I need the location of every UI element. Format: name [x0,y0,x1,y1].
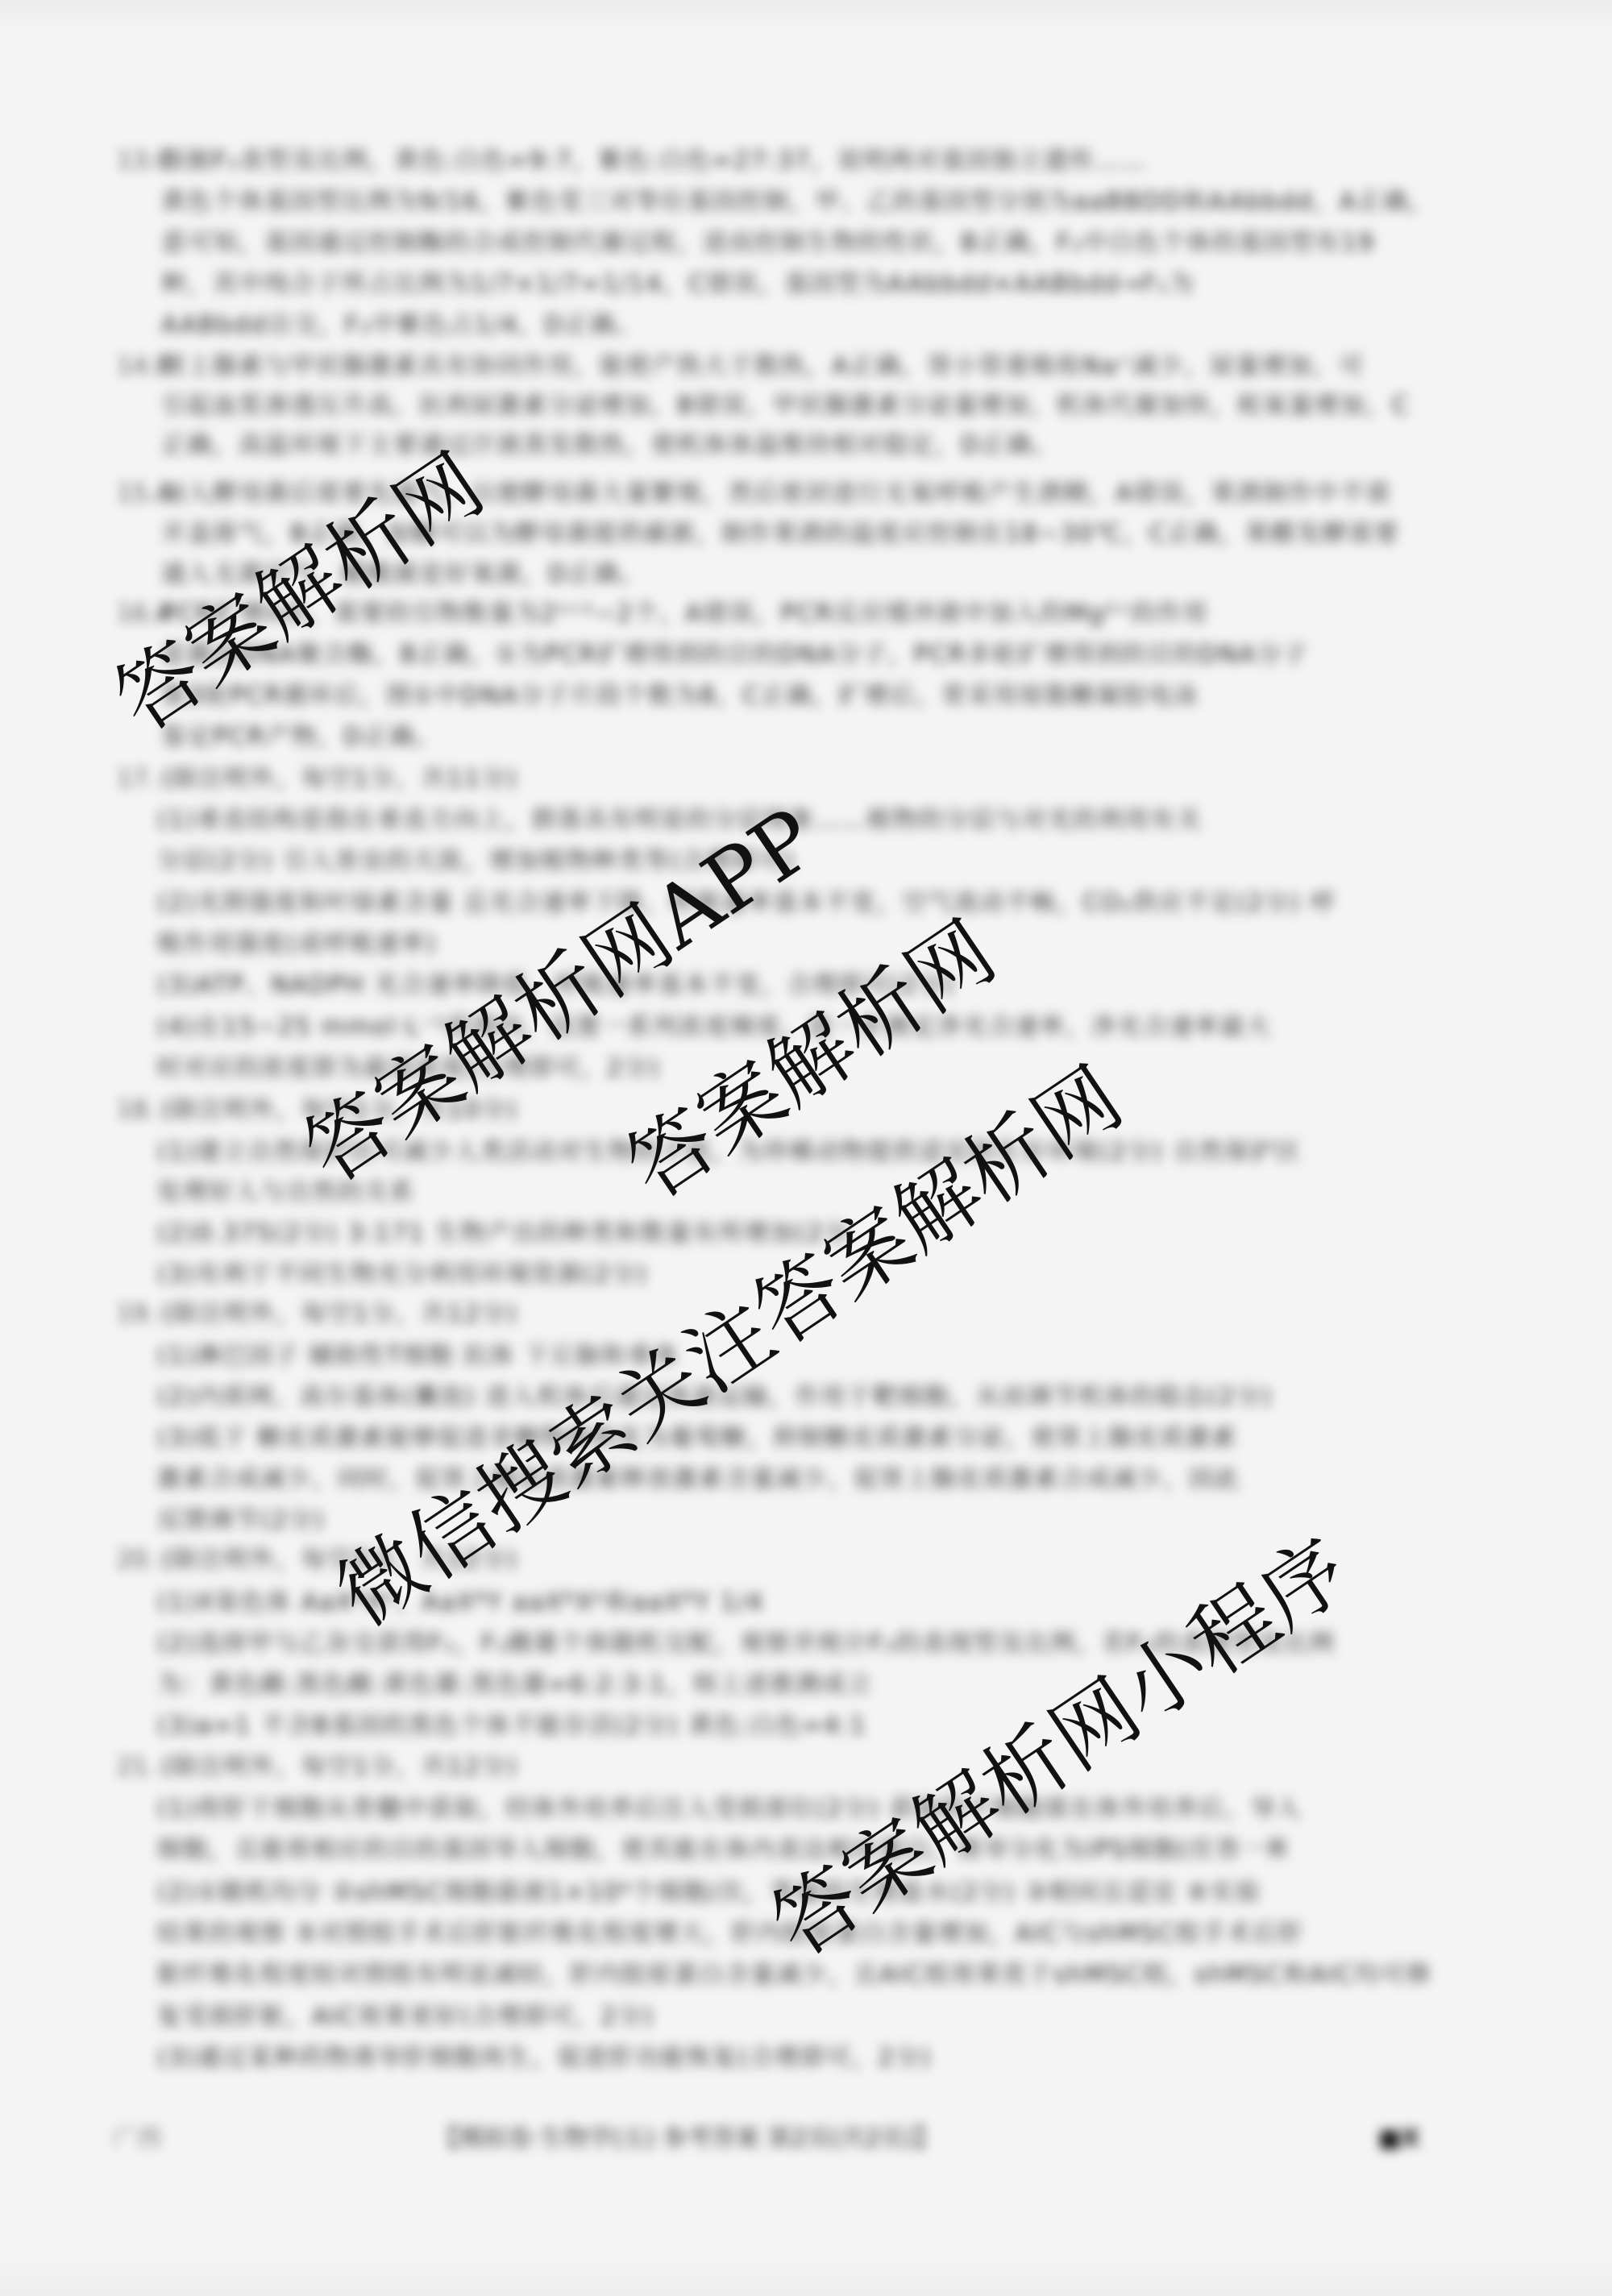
answer-line: 意可知，基因通过控制酶的合成控制代谢过程，进而控制生物的性状，B正确，F₂中白色… [161,227,1435,259]
answer-line: 鉴定PCR产物，D正确。 [161,721,500,754]
answer-line: 正确，高温环境下主要通过汗液蒸发散热，使机体体温维持相对稳定，D正确。 [161,430,1128,462]
answer-line: 引起血浆渗透压升高，抗利尿激素分泌增加，B错误，甲状腺激素分泌量增加，机体代谢加… [161,390,1435,422]
answer-line: 分层(2分) 引入害虫的天敌，增加植物种类等(合理即可) [157,845,963,878]
answer-line: 为：黄色雌:黑色雌:黄色雄:黑色雄=6:2:3:1，则上述推测成立 [157,1669,1003,1701]
question-number: 20. [117,1544,156,1576]
answer-line: 复受损肝脏，AIC效果更好(合理即可，2分) [157,2001,842,2033]
answer-line: (3)有利于不同生物充分利用环境资源(2分) [157,1259,673,1291]
answer-line: (3)a=1 不含B基因的黑色个体不能存活(2分) 黄色:白色=4:1 [157,1710,1012,1742]
answer-line: 黄色个体基因型比例为9/16，紫色受三对等位基因控制，甲、乙的基因型分别为aaB… [161,186,1435,218]
answer-line: (除注明外，每空1分，共11分) [161,763,580,795]
question-number: 18. [117,1094,156,1127]
answer-line: 处理好人与自然的关系 [157,1177,496,1209]
answer-line: (除注明外，每空1分，共12分) [161,1751,580,1783]
answer-line: 吸作用强度(或呼吸速率) [157,928,536,961]
answer-line: 反馈调节(2分) [157,1505,351,1537]
answer-line: (1)X染色体 AaXᴮXᵇ、AaXᴮY aaXᴮXᵇ和aaXᴮY 1/4 [157,1587,1003,1619]
answer-line: (2)内质网、高尔基体(囊泡) 进入机体后通过体液运输，作用于靶细胞，从而调节机… [157,1381,1431,1414]
answer-line: (1)将肝干细胞从骨髓中获取，经体外培养后注入受损部位(2分) 获取的干细胞需在… [157,1793,1431,1825]
answer-line: 激素合成减少，同时，促肾上腺皮质激素释放激素含量减少，促肾上腺皮质激素合成减少，… [157,1464,1431,1496]
answer-line: 种，其中纯合子所占比例为1/7×1/7=1/14，C错误，基因型为AAbbdd×… [161,268,1435,301]
footer-logo: ■X [1378,2123,1419,2155]
question-number: 17. [117,763,156,795]
answer-line: 肾上腺素与甲状腺激素具有协同作用，能使产热大于散热，A正确，肾小管重吸收Na⁺减… [161,351,1435,383]
answer-line: AABbdd自交，F₂中紫色占1/4，D正确。 [161,309,645,342]
answer-line: (2)0.375(2分) 3:171 生物产出的种类和数量有所增加(2分) [157,1218,850,1250]
answer-line: (3)低于 糖皮质激素能够促进非糖物质转化为葡萄糖，抑制糖皮质激素分泌，使肾上腺… [157,1422,1431,1455]
answer-line: 脏纤维化程度较对照组有明显减轻，肝内胶原蛋白含量减少，且AIC组效果优于shMS… [157,1959,1431,1991]
document-page: 13.C 根据F₂表型及比例，黄色:白色=9:7，紫色:白色=27:37，说明两… [0,0,1612,2296]
question-number: 19. [117,1298,156,1331]
answer-line: 细胞，且能将相应的目的基因导入细胞，使其能在体内表达相应蛋白，诱导分化为iPS细… [157,1834,1286,1866]
answer-line: (3)通过某种药物诱导肝细胞再生，促进肝功能恢复(合理即可，2分) [157,2042,1100,2074]
answer-line: 第3轮PCR循环后，图①中DNA分子片段个数为8，C正确，扩增后，常采用琼脂糖凝… [161,680,1435,712]
answer-line: 根据F₂表型及比例，黄色:白色=9:7，紫色:白色=27:37，说明两对基因独立… [161,145,1435,177]
answer-line: 是激活DNA聚合酶，B正确，①为PCR扩增得到的目的DNA分子，PCR多轮扩增得… [161,639,1435,671]
footer-page-info: 【模拟卷·生物学(五) 参考答案 第2页(共2页)】 [435,2123,1096,2155]
answer-line: (除注明外，每空1分，共12分) [161,1298,580,1331]
footer-region: 广西 [113,2123,161,2155]
question-number: 21. [117,1751,156,1783]
